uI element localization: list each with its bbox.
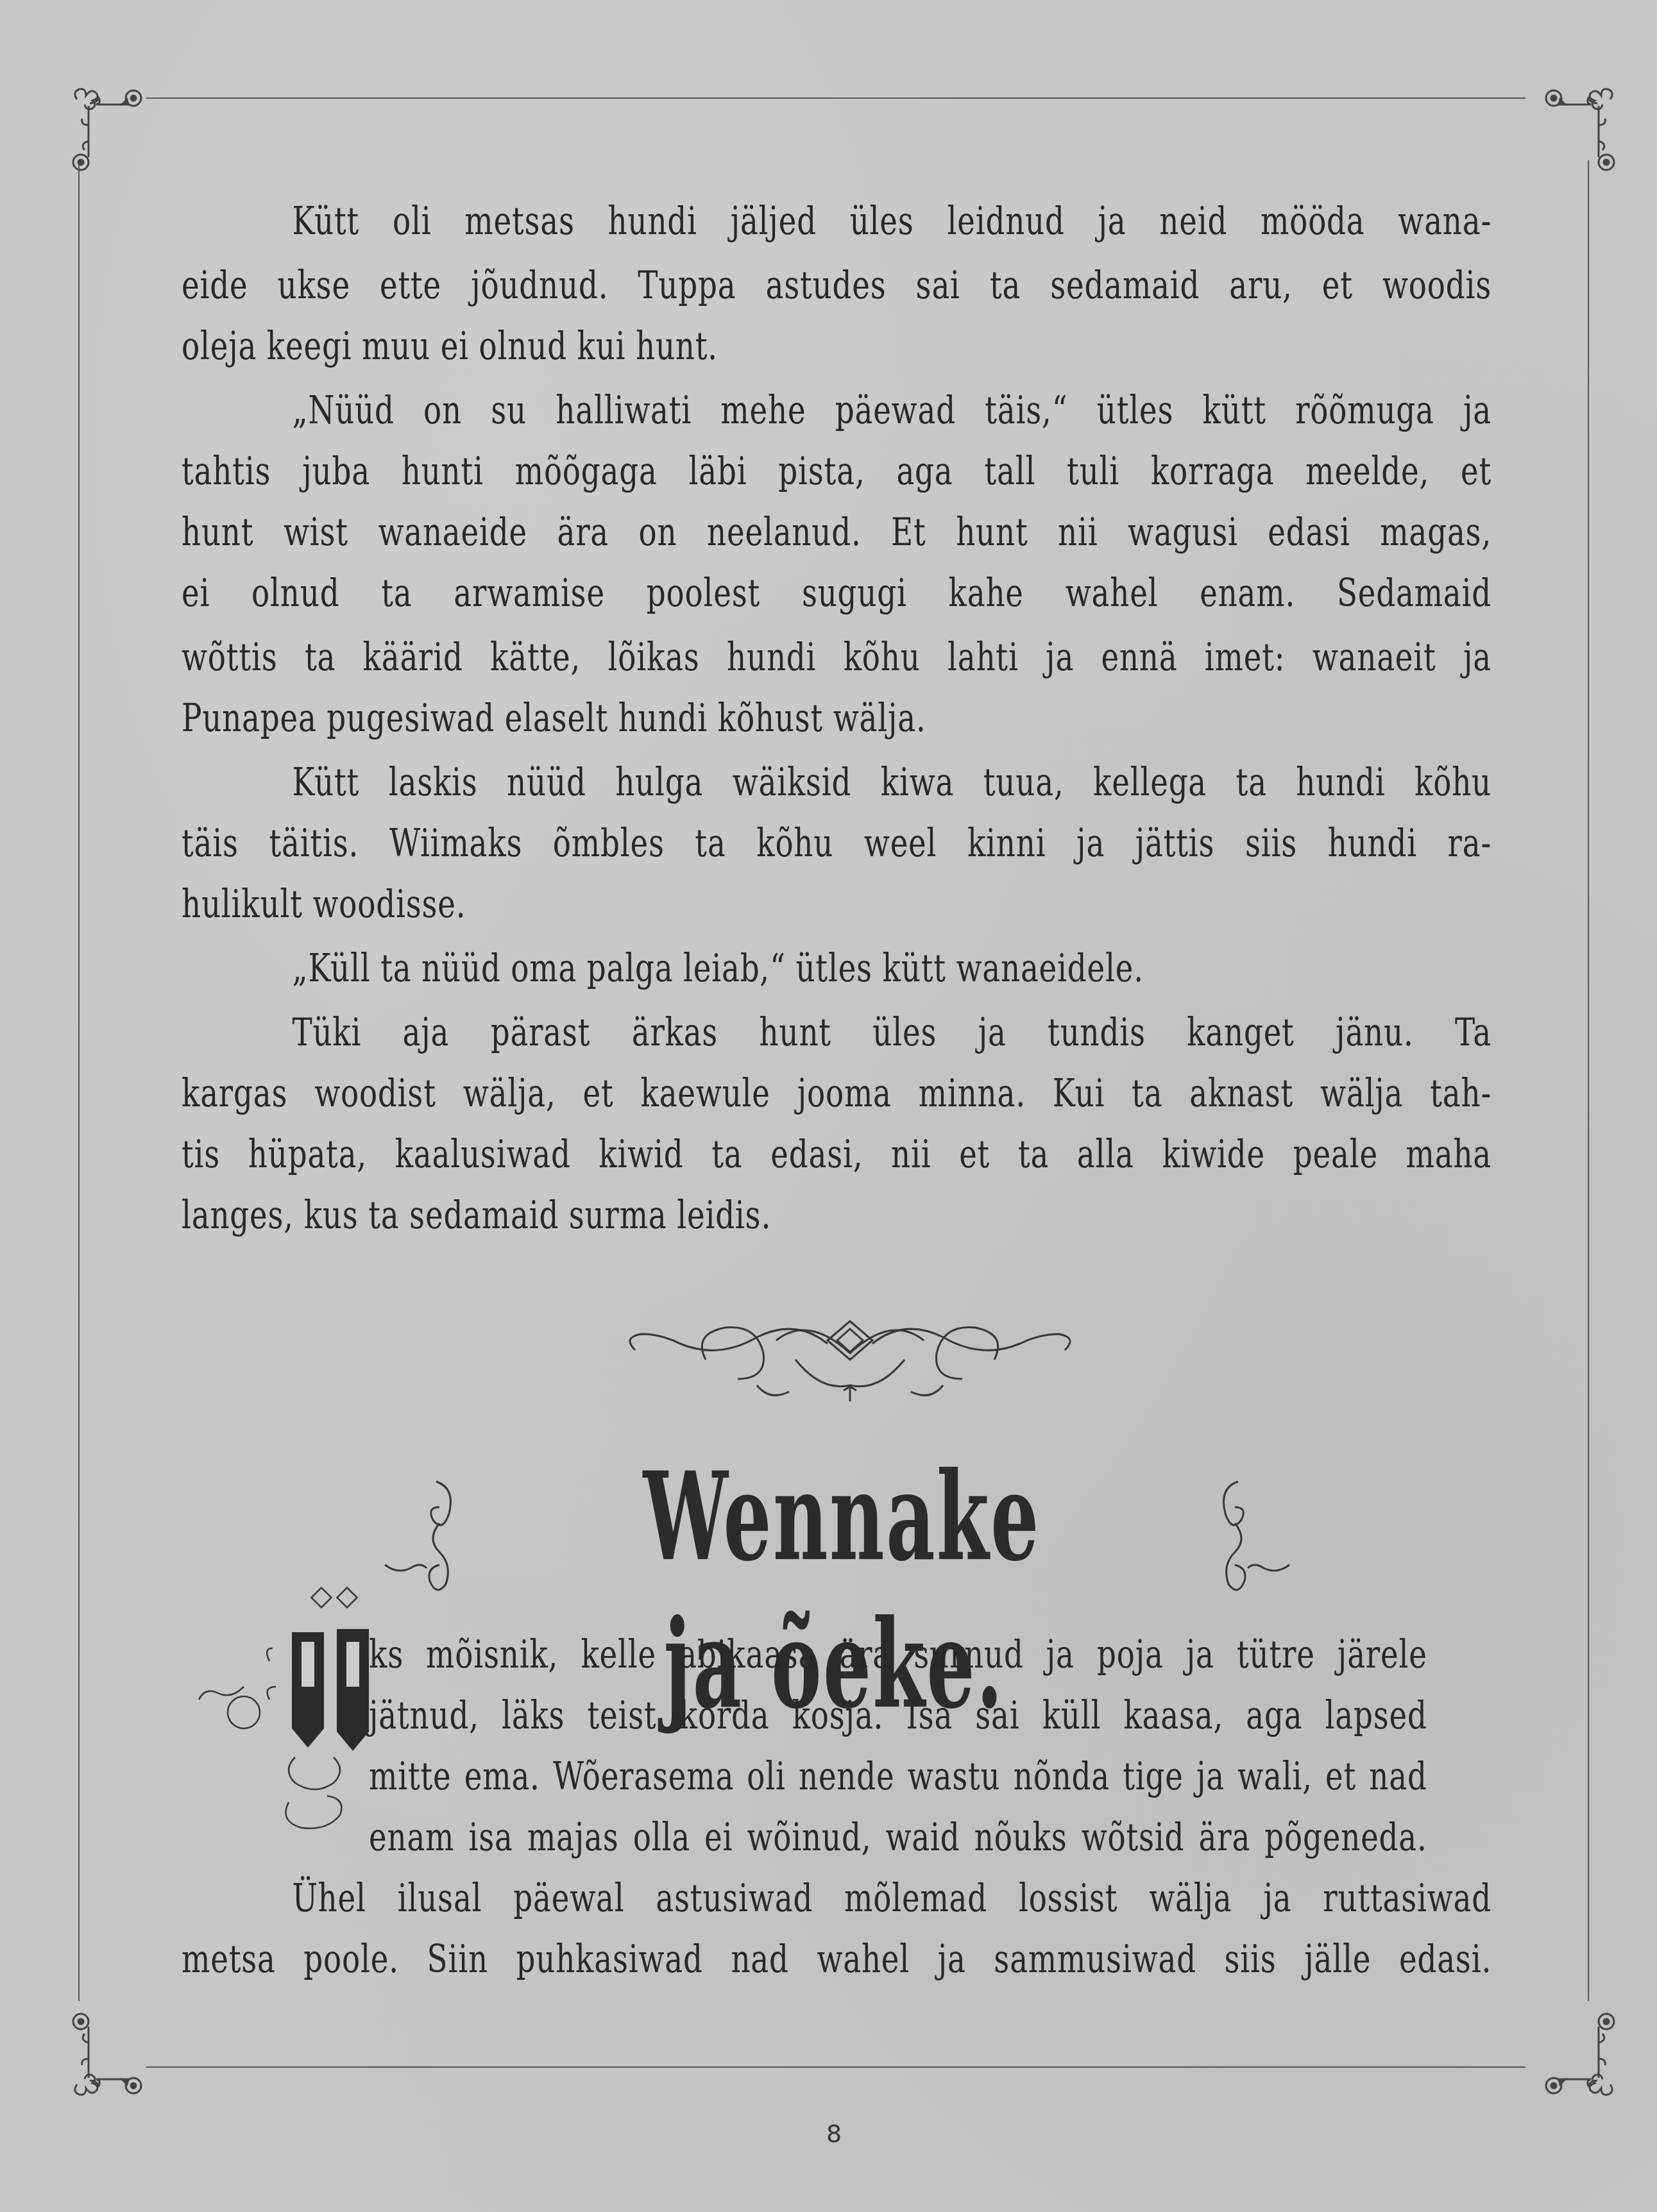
story1-line: tis hüpata, kaalusiwad kiwid ta edasi, n… <box>182 1129 1491 1180</box>
story1-line: „Küll ta nüüd oma palga leiab,“ ütles kü… <box>182 943 1203 994</box>
corner-ornament-bottom-left-icon <box>64 2007 160 2104</box>
corner-ornament-top-right-icon <box>1527 80 1623 176</box>
frame-top-line <box>146 97 1525 99</box>
story2-line: Ühel ilusal päewal astusiwad mõlemad los… <box>182 1873 1491 1924</box>
story1-line: Punapea pugesiwad elaselt hundi kõhust w… <box>182 693 1203 744</box>
story1-line: Kütt oli metsas hundi jäljed üles leidnu… <box>182 196 1491 247</box>
story1-line: Kütt laskis nüüd hulga wäiksid kiwa tuua… <box>182 757 1491 808</box>
story1-line: wõttis ta käärid kätte, lõikas hundi kõh… <box>182 632 1491 683</box>
story1-line: kargas woodist wälja, et kaewule jooma m… <box>182 1068 1491 1119</box>
page-number: 8 <box>821 2120 847 2148</box>
calligraphic-divider-icon <box>609 1302 1091 1405</box>
frame-right-line <box>1588 160 1589 2001</box>
frame-left-line <box>78 160 80 2001</box>
story1-line: eide ukse ette jõudnud. Tuppa astudes sa… <box>182 260 1491 311</box>
story1-line: ei olnud ta arwamise poolest sugugi kahe… <box>182 568 1491 619</box>
story1-line: „Nüüd on su halliwati mehe päewad täis,“… <box>182 385 1491 436</box>
story1-line: oleja keegi muu ei olnud kui hunt. <box>182 321 1203 372</box>
story1-line: hulikult woodisse. <box>182 879 1203 930</box>
corner-ornament-bottom-right-icon <box>1527 2007 1623 2104</box>
story2-line: mitte ema. Wõerasema oli nende wastu nõn… <box>369 1751 1427 1802</box>
story2-title-block: Wennake ja õeke. <box>372 1443 1302 1610</box>
story1-line: tahtis juba hunti mõõgaga läbi pista, ag… <box>182 446 1491 497</box>
story2-line: metsa poole. Siin puhkasiwad nad wahel j… <box>182 1934 1491 1985</box>
frame-bottom-line <box>146 2066 1525 2068</box>
story2-title: Wennake ja õeke. <box>643 1443 1024 1610</box>
story2-line: ks mõisnik, kelle abikaasa ära surnud ja… <box>369 1629 1427 1680</box>
title-flourish-right-icon <box>1187 1469 1296 1597</box>
story1-line: täis täitis. Wiimaks õmbles ta kõhu weel… <box>182 818 1491 869</box>
title-flourish-left-icon <box>378 1469 488 1597</box>
story1-line: Tüki aja pärast ärkas hunt üles ja tundi… <box>182 1007 1491 1058</box>
story1-line: langes, kus ta sedamaid surma leidis. <box>182 1190 1203 1241</box>
story2-line: enam isa majas olla ei wõinud, waid nõuk… <box>369 1812 1427 1863</box>
story2-line: jätnud, läks teist korda kosja. Isa sai … <box>369 1690 1427 1741</box>
corner-ornament-top-left-icon <box>64 80 160 176</box>
story1-line: hunt wist wanaeide ära on neelanud. Et h… <box>182 507 1491 558</box>
dropcap-initial-icon <box>186 1584 391 1853</box>
